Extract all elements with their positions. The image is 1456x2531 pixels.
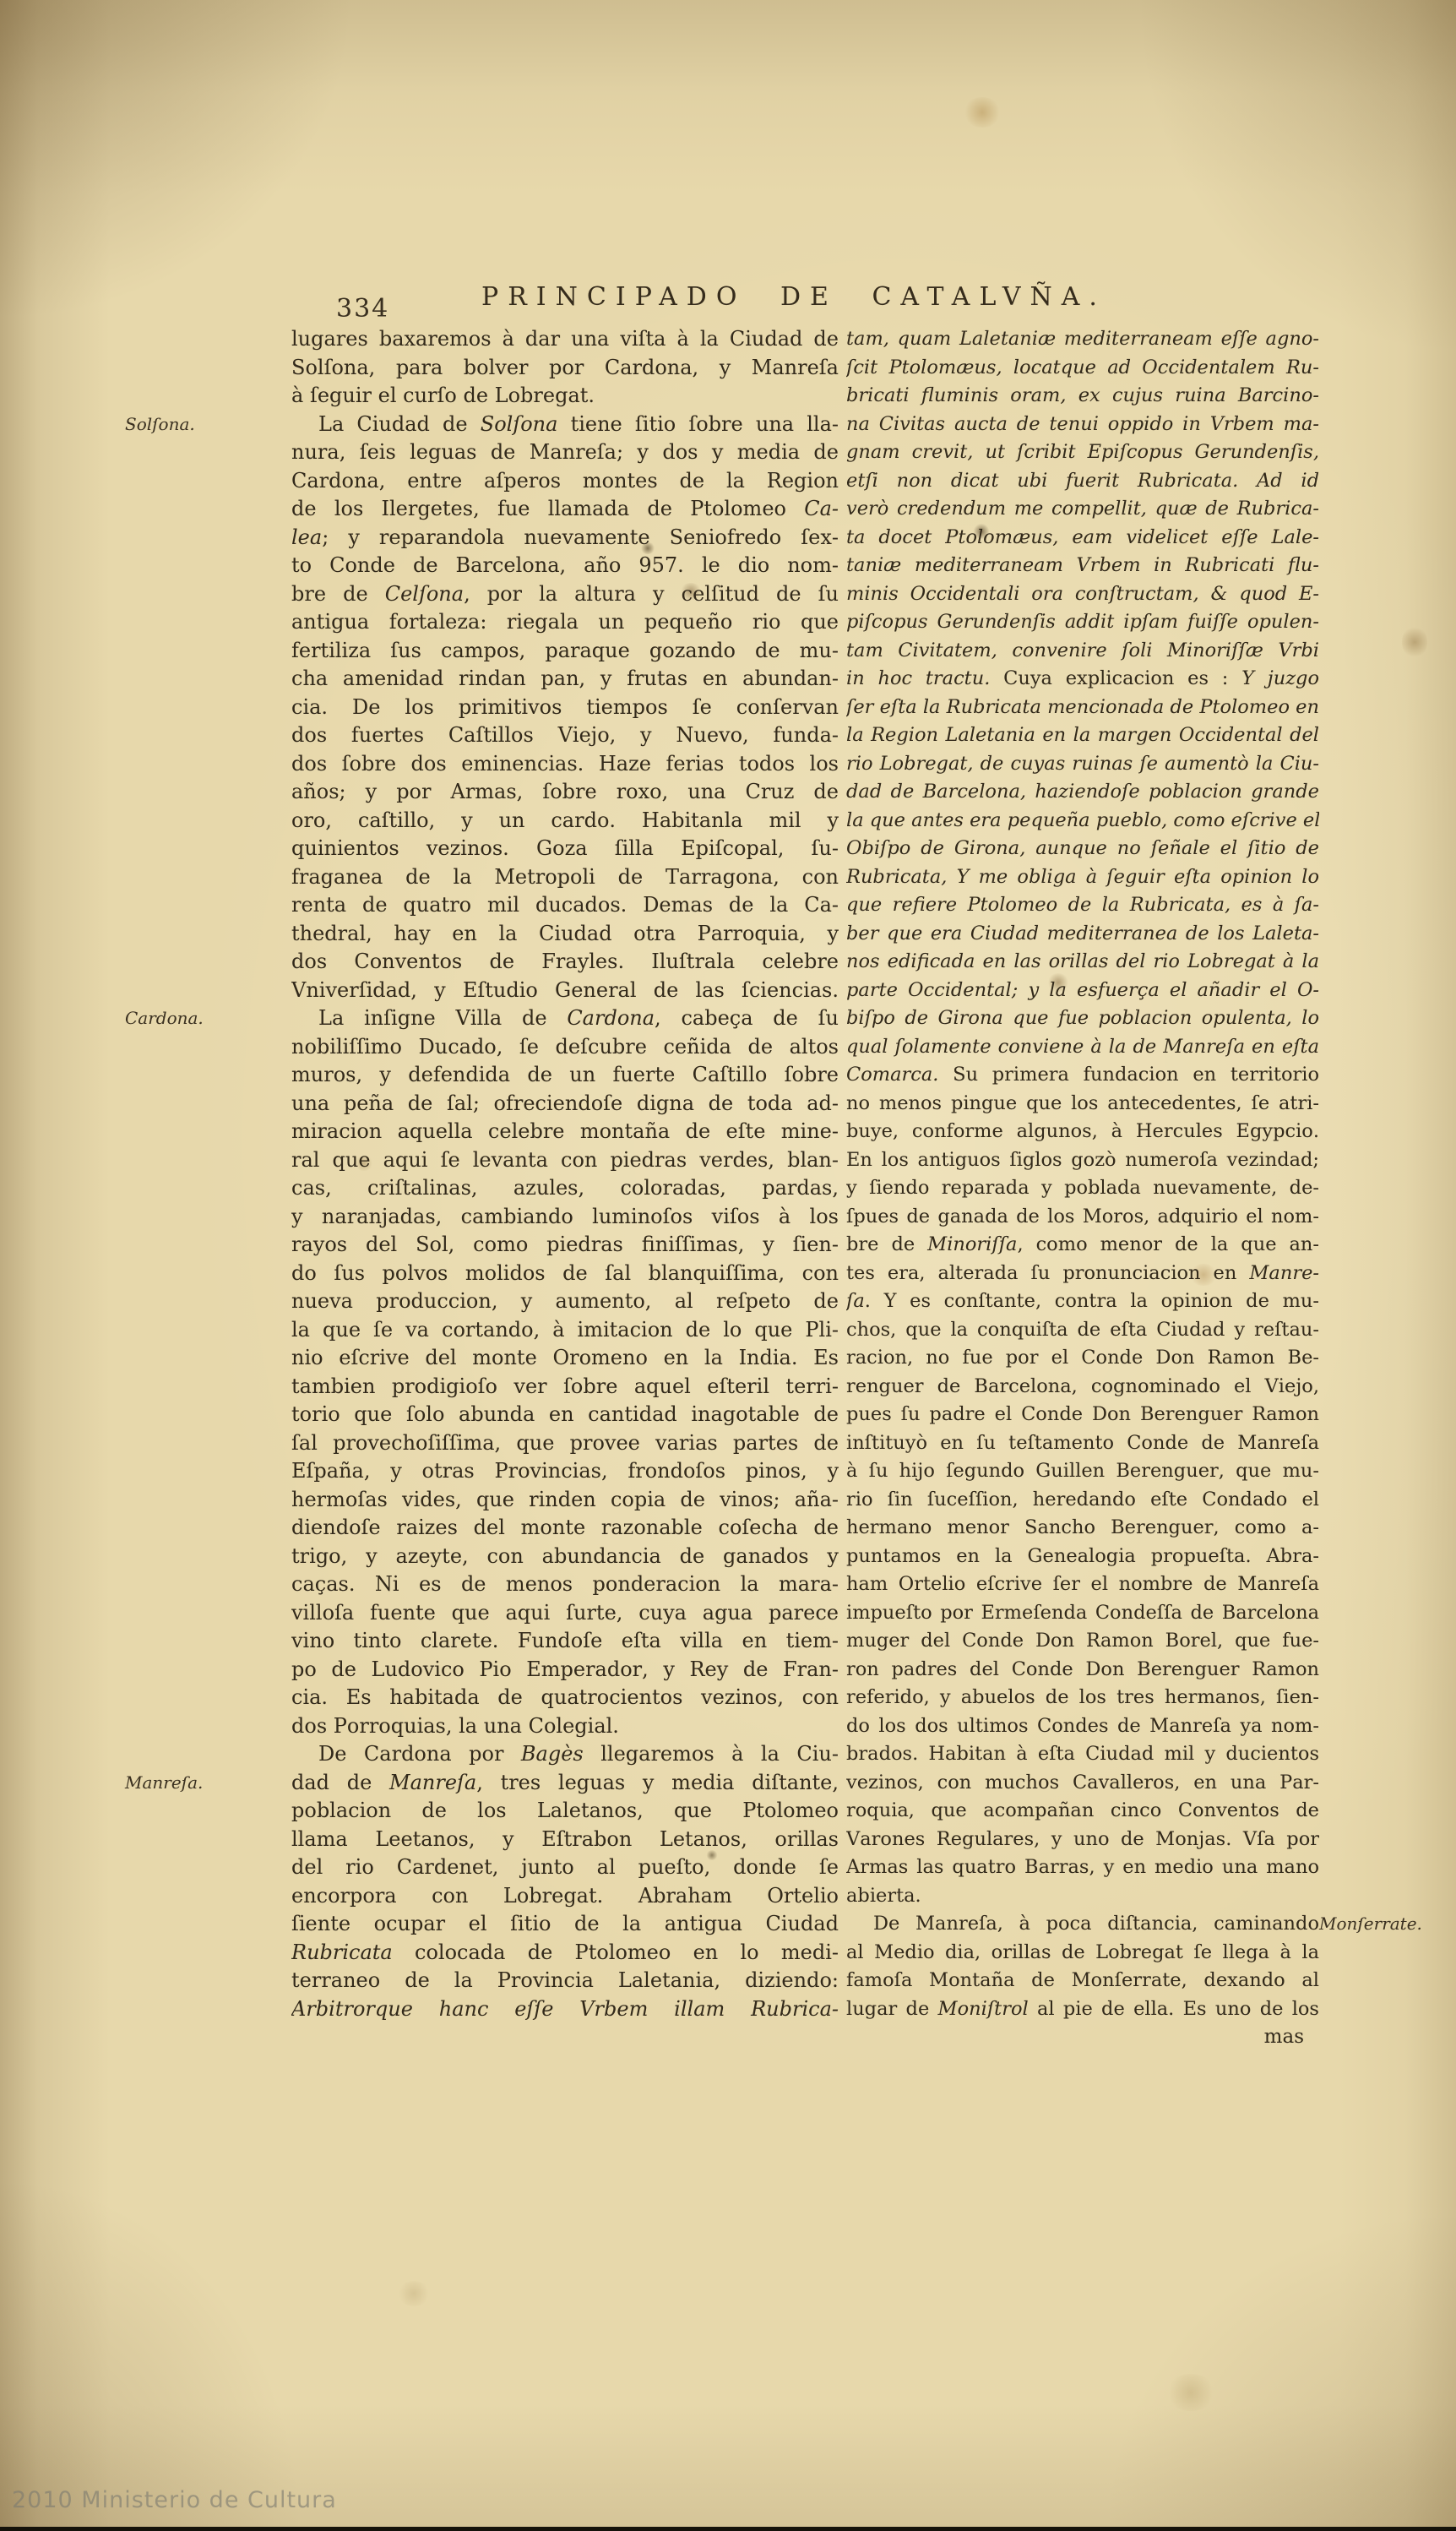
text-line: bre de Minoriſſa, como menor de la que a… [846,1231,1319,1260]
text-line: la que antes era pequeña pueblo, como eſ… [846,807,1319,836]
text-line: De Cardona por Bagès llegaremos à la Ciu… [291,1740,839,1769]
text-line: thedral, hay en la Ciudad otra Parroquia… [291,920,839,949]
text-line: lugares baxaremos à dar una viſta à la C… [291,325,839,354]
text-line: ron padres del Conde Don Berenguer Ramon [846,1656,1319,1685]
page-shading-top-left [0,0,355,321]
text-line: villoſa fuente que aqui ſurte, cuya agua… [291,1599,839,1628]
text-line: dad de Barcelona, haziendoſe poblacion g… [846,778,1319,807]
text-line: chos, que la conquiſta de eſta Ciudad y … [846,1316,1319,1345]
text-line: quinientos vezinos. Goza ſilla Epiſcopal… [291,835,839,863]
text-line: En los antiguos ſiglos gozò numeroſa vez… [846,1146,1319,1175]
text-line: do los dos ultimos Condes de Manreſa ya … [846,1712,1319,1741]
text-line: rayos del Sol, como piedras finiſſimas, … [291,1231,839,1260]
text-line: piſcopus Gerundenſis addit ipſam fuiſſe … [846,608,1319,637]
text-line: rio Lobregat, de cuyas ruinas ſe aumentò… [846,750,1319,779]
text-line: nio eſcrive del monte Oromeno en la Indi… [291,1344,839,1373]
text-line: ſcit Ptolomæus, locatque ad Occidentalem… [846,354,1319,383]
text-line: Comarca. Su primera fundacion en territo… [846,1061,1319,1090]
text-line: nueva produccion, y aumento, al reſpeto … [291,1287,839,1316]
text-line: dos Porroquias, la una Colegial. [291,1712,839,1741]
text-line: Cardona, entre aſperos montes de la Regi… [291,467,839,496]
text-line: al Medio dia, orillas de Lobregat ſe lle… [846,1939,1319,1968]
text-line: nobiliſſimo Ducado, ſe deſcubre ceñida d… [291,1033,839,1062]
text-line: fertiliza ſus campos, paraque gozando de… [291,637,839,666]
text-line: nura, ſeis leguas de Manreſa; y dos y me… [291,438,839,467]
text-line: etſi non dicat ubi fuerit Rubricata. Ad … [846,467,1319,496]
text-line: po de Ludovico Pio Emperador, y Rey de F… [291,1656,839,1685]
text-line: ral que aqui ſe levanta con piedras verd… [291,1146,839,1175]
text-line: qual ſolamente conviene à la de Manreſa … [846,1033,1319,1062]
text-line: ſiente ocupar el ſitio de la antigua Ciu… [291,1910,839,1939]
text-line: renta de quatro mil ducados. Demas de la… [291,891,839,920]
text-line: que refiere Ptolomeo de la Rubricata, es… [846,891,1319,920]
stain [397,2281,431,2306]
text-line: Rubricata, Y me obliga à ſeguir eſta opi… [846,863,1319,892]
scan-edge [0,2527,1456,2531]
text-line: Arbitrorque hanc eſſe Vrbem illam Rubric… [291,1995,839,2024]
text-line: encorpora con Lobregat. Abraham Ortelio [291,1882,839,1911]
text-line: años; y por Armas, ſobre roxo, una Cruz … [291,778,839,807]
text-line: ham Ortelio eſcrive ſer el nombre de Man… [846,1570,1319,1599]
text-line: rio ſin ſuceſſion, heredando eſte Condad… [846,1486,1319,1515]
stain [1402,625,1427,659]
page-shading-bottom-right [1101,2210,1456,2531]
text-line: à ſu hijo ſegundo Guillen Berenguer, que… [846,1457,1319,1486]
text-line: Solſona, para bolver por Cardona, y Manr… [291,354,839,383]
text-column-right: tam, quam Laletaniæ mediterraneam eſſe a… [846,325,1319,2052]
text-line: antigua fortaleza: riegala un pequeño ri… [291,608,839,637]
digitization-watermark: 2010 Ministerio de Cultura [12,2487,337,2513]
text-line: Vniverſidad, y Eſtudio General de las ſc… [291,977,839,1005]
text-line: abierta. [846,1882,1319,1911]
text-line: ber que era Ciudad mediterranea de los L… [846,920,1319,949]
text-line: ſa. Y es conſtante, contra la opinion de… [846,1287,1319,1316]
text-line: lugar de Moniſtrol al pie de ella. Es un… [846,1995,1319,2024]
text-line: cha amenidad rindan pan, y frutas en abu… [291,665,839,694]
text-line: roquia, que acompañan cinco Conventos de [846,1797,1319,1826]
text-column-left: lugares baxaremos à dar una viſta à la C… [291,325,839,2023]
text-line: una peña de ſal; ofreciendoſe digna de t… [291,1090,839,1119]
text-line: fraganea de la Metropoli de Tarragona, c… [291,863,839,892]
text-line: cia. Es habitada de quatrocientos vezino… [291,1684,839,1712]
text-line: bre de Celſona, por la altura y celſitud… [291,580,839,609]
text-line: hermoſas vides, que rinden copia de vino… [291,1486,839,1515]
text-line: llama Leetanos, y Eſtrabon Letanos, oril… [291,1826,839,1854]
text-line: y naranjadas, cambiando luminoſos viſos … [291,1203,839,1232]
text-line: caças. Ni es de menos ponderacion la mar… [291,1570,839,1599]
text-line: cia. De los primitivos tiempos ſe conſer… [291,694,839,722]
text-line: ta docet Ptolomæus, eam videlicet eſſe L… [846,524,1319,552]
catchword: mas [846,2023,1319,2052]
text-line: ſal provechoſiſſima, que provee varias p… [291,1429,839,1458]
text-line: tes era, alterada ſu pronunciacion en Ma… [846,1260,1319,1288]
margin-note: Cardona. [125,1004,204,1033]
text-line: bricati fluminis oram, ex cujus ruina Ba… [846,382,1319,411]
text-line: Varones Regulares, y uno de Monjas. Vſa … [846,1826,1319,1854]
text-line: biſpo de Girona que fue poblacion opulen… [846,1004,1319,1033]
margin-note: Manreſa. [125,1769,203,1798]
text-line: puntamos en la Genealogia propueſta. Abr… [846,1543,1319,1571]
text-line: verò credendum me compellit, quæ de Rubr… [846,495,1319,524]
text-line: dos fuertes Caſtillos Viejo, y Nuevo, fu… [291,721,839,750]
text-line: in hoc tractu. Cuya explicacion es : Y j… [846,665,1319,694]
text-line: Eſpaña, y otras Provincias, frondoſos pi… [291,1457,839,1486]
text-line: muger del Conde Don Ramon Borel, que fue… [846,1627,1319,1656]
text-line: lea; y reparandola nuevamente Seniofredo… [291,524,839,552]
text-line: ſpues de ganada de los Moros, adquirio e… [846,1203,1319,1232]
stain [963,97,1002,128]
text-line: muros, y defendida de un fuerte Caſtillo… [291,1061,839,1090]
text-line: La Ciudad de Solſona tiene ſitio ſobre u… [291,411,839,439]
text-line: trigo, y azeyte, con abundancia de ganad… [291,1543,839,1571]
margin-note: Solſona. [125,411,195,439]
book-page-scan: 334 PRINCIPADO DE CATALVÑA. lugares baxa… [0,0,1456,2531]
text-line: torio que ſolo abunda en cantidad inagot… [291,1401,839,1429]
text-line: buye, conforme algunos, à Hercules Egypc… [846,1118,1319,1146]
text-line: miracion aquella celebre montaña de eſte… [291,1118,839,1146]
text-line: vino tinto clarete. Fundoſe eſta villa e… [291,1627,839,1656]
text-line: to Conde de Barcelona, año 957. le dio n… [291,552,839,580]
text-line: brados. Habitan à eſta Ciudad mil y duci… [846,1740,1319,1769]
text-line: taniæ mediterraneam Vrbem in Rubricati f… [846,552,1319,580]
running-header: PRINCIPADO DE CATALVÑA. [270,282,1317,312]
text-line: racion, no fue por el Conde Don Ramon Be… [846,1344,1319,1373]
text-line: nos edificada en las orillas del rio Lob… [846,948,1319,977]
text-line: dos Conventos de Frayles. Iluſtrala cele… [291,948,839,977]
text-line: pues ſu padre el Conde Don Berenguer Ram… [846,1401,1319,1429]
margin-note: Monſerrate. [1319,1910,1422,1939]
text-line: terraneo de la Provincia Laletania, dizi… [291,1967,839,1995]
text-line: dos ſobre dos eminencias. Haze ferias to… [291,750,839,779]
text-line: oro, caſtillo, y un cardo. Habitanla mil… [291,807,839,836]
text-line: do ſus polvos molidos de ſal blanquiſſim… [291,1260,839,1288]
stain [1165,2374,1216,2411]
text-line: na Civitas aucta de tenui oppido in Vrbe… [846,411,1319,439]
text-line: hermano menor Sancho Berenguer, como a- [846,1514,1319,1543]
text-line: tambien prodigioſo ver ſobre aquel eſter… [291,1373,839,1402]
text-line: minis Occidentali ora conſtructam, & quo… [846,580,1319,609]
text-line: La inſigne Villa de Cardona, cabeça de ſ… [291,1004,839,1033]
text-line: tam Civitatem, convenire ſoli Minoriſſæ … [846,637,1319,666]
text-line: la que ſe va cortando, à imitacion de lo… [291,1316,839,1345]
text-line: referido, y abuelos de los tres hermanos… [846,1684,1319,1712]
text-line: famoſa Montaña de Monſerrate, dexando al [846,1967,1319,1995]
text-line: y ſiendo reparada y poblada nuevamente, … [846,1174,1319,1203]
text-line: Rubricata colocada de Ptolomeo en lo med… [291,1939,839,1968]
text-line: cas, criſtalinas, azules, coloradas, par… [291,1174,839,1203]
text-line: parte Occidental; y la esfuerça el añadi… [846,977,1319,1005]
text-line: del rio Cardenet, junto al pueſto, donde… [291,1853,839,1882]
text-line: De Manreſa, à poca diſtancia, caminando [846,1910,1319,1939]
text-line: dad de Manreſa, tres leguas y media diſt… [291,1769,839,1798]
text-line: de los Ilergetes, fue llamada de Ptolome… [291,495,839,524]
text-line: renguer de Barcelona, cognominado el Vie… [846,1373,1319,1402]
text-line: ſer eſta la Rubricata mencionada de Ptol… [846,694,1319,722]
text-line: impueſto por Ermeſenda Condeſſa de Barce… [846,1599,1319,1628]
text-line: vezinos, con muchos Cavalleros, en una P… [846,1769,1319,1798]
page-shading-bottom-left [0,2176,304,2531]
text-line: tam, quam Laletaniæ mediterraneam eſſe a… [846,325,1319,354]
text-line: no menos pingue que los antecedentes, ſe… [846,1090,1319,1119]
text-line: gnam crevit, ut ſcribit Epiſcopus Gerund… [846,438,1319,467]
text-line: Obiſpo de Girona, aunque no ſeñale el ſi… [846,835,1319,863]
text-line: Armas las quatro Barras, y en medio una … [846,1853,1319,1882]
text-line: à ſeguir el curſo de Lobregat. [291,382,839,411]
text-line: la Region Laletania en la margen Occiden… [846,721,1319,750]
text-line: inſtituyò en ſu teſtamento Conde de Manr… [846,1429,1319,1458]
text-line: diendoſe raizes del monte razonable coſe… [291,1514,839,1543]
text-line: poblacion de los Laletanos, que Ptolomeo [291,1797,839,1826]
